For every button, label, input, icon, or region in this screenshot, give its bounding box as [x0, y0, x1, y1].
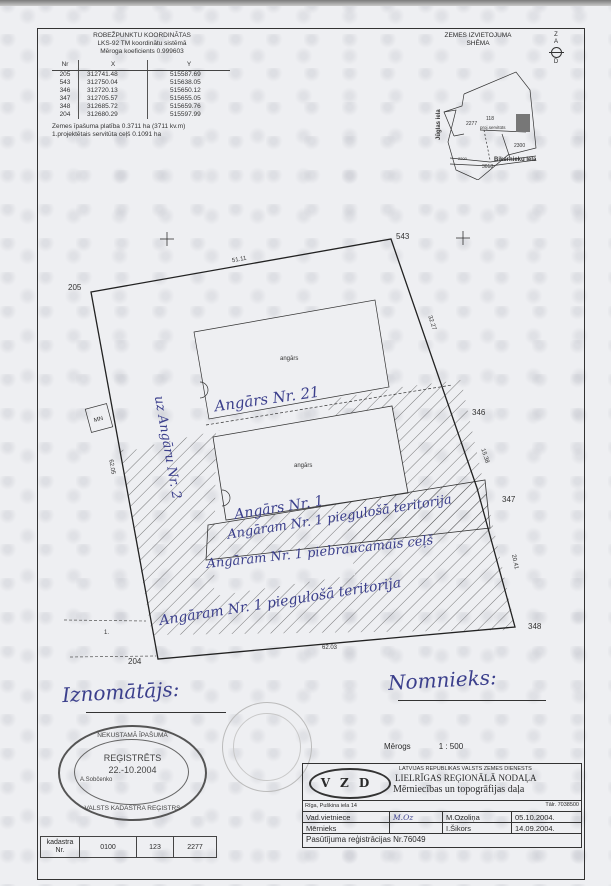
title-block: VZD LATVIJAS REPUBLIKAS VALSTS ZEMES DIE… — [302, 763, 582, 848]
registration-number: Pasūtījuma reģistrācijas Nr.76049 — [302, 834, 582, 848]
role: Vad.vietniece — [303, 812, 390, 823]
lessee-signature-line — [398, 700, 546, 701]
stamp-bottom-text: VALSTS KADASTRA REĢISTRS — [60, 805, 205, 812]
faded-stamp — [222, 702, 312, 792]
date: 05.10.2004. — [512, 812, 582, 823]
cadastre-part: 0100 — [80, 837, 137, 858]
scale-label: Mērogs — [384, 742, 411, 751]
stamp-top-text: NEKUSTAMĀ ĪPAŠUMA — [60, 732, 205, 739]
table-row: Mērnieks I.Šikors 14.09.2004. — [303, 823, 582, 834]
building-label: angārs — [280, 356, 298, 362]
point-205: 205 — [68, 283, 81, 292]
name: M.Ozoliņa — [443, 812, 512, 823]
org-line-1: LATVIJAS REPUBLIKAS VALSTS ZEMES DIENEST… — [399, 766, 532, 772]
cadastre-label: kadastra Nr. — [41, 837, 80, 858]
stamp-date: 22.-10.2004 — [60, 765, 205, 775]
org-line-3: Mērniecības un topogrāfijas daļa — [393, 784, 524, 795]
dimension-label: 62.03 — [322, 645, 337, 651]
signature — [390, 823, 443, 834]
phone: Tālr. 7038500 — [545, 802, 579, 808]
point-346: 346 — [472, 408, 485, 417]
point-347: 347 — [502, 495, 515, 504]
cadastre-number: kadastra Nr. 0100 123 2277 — [40, 836, 217, 858]
tenant-signature-line — [86, 712, 226, 713]
registration-stamp: NEKUSTAMĀ ĪPAŠUMA REĢISTRĒTS 22.-10.2004… — [58, 725, 207, 821]
building-label: angārs — [294, 463, 312, 469]
name: I.Šikors — [443, 823, 512, 834]
cadastre-part: 2277 — [174, 837, 217, 858]
point-543: 543 — [396, 232, 409, 241]
stamp-center-text: REĢISTRĒTS — [60, 753, 205, 763]
point-204: 204 — [128, 657, 141, 666]
scale: Mērogs1 : 500 — [384, 742, 463, 751]
table-row: Vad.vietniece M.Oz M.Ozoliņa 05.10.2004. — [303, 812, 582, 823]
point-348: 348 — [528, 622, 541, 631]
scale-value: 1 : 500 — [439, 742, 463, 751]
date: 14.09.2004. — [512, 823, 582, 834]
address: Rīga, Puškina iela 14 — [305, 803, 357, 809]
role: Mērnieks — [303, 823, 390, 834]
cadastre-part: 123 — [137, 837, 174, 858]
servitude-label: 1. — [104, 630, 109, 636]
vzd-logo: VZD — [309, 768, 391, 799]
org-line-2: LIELRĪGAS REĢIONĀLĀ NODAĻA — [395, 773, 536, 783]
stamp-name: A.Sobčenko — [80, 777, 225, 783]
signature: M.Oz — [390, 812, 443, 823]
document-page: ROBEŽPUNKTU KOORDINĀTAS LKS-92 TM koordi… — [0, 0, 611, 886]
